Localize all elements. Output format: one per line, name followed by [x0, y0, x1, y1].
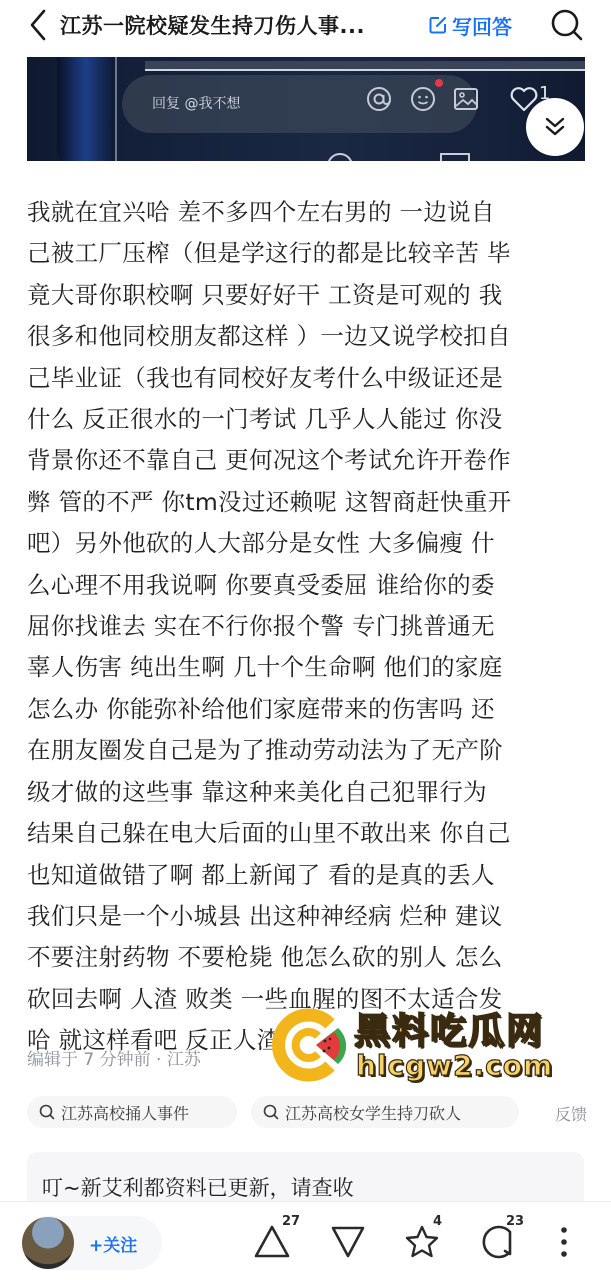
- search-button[interactable]: [549, 7, 585, 43]
- answer-line: 也知道做错了啊 都上新闻了 看的是真的丢人: [27, 855, 587, 896]
- answer-line: 很多和他同校朋友都这样 ）一边又说学校扣自: [27, 316, 587, 357]
- bottom-action-bar: +关注 27 4 23: [0, 1201, 611, 1280]
- feedback-link[interactable]: 反馈: [555, 1102, 587, 1125]
- answer-line: 背景你还不靠自己 更何况这个考试允许开卷作: [27, 440, 587, 481]
- emoji-icon: [409, 85, 437, 113]
- avatar[interactable]: [22, 1217, 74, 1269]
- more-vertical-icon: [556, 1222, 572, 1262]
- edit-meta: 编辑于 7 分钟前 · 江苏: [27, 1045, 201, 1070]
- answer-line: 么心理不用我说啊 你要真受委屈 谁给你的委: [27, 565, 587, 606]
- reply-placeholder-text: 回复 @我不想: [152, 93, 240, 113]
- upvote-count: 27: [282, 1214, 300, 1229]
- follow-label[interactable]: +关注: [89, 1231, 137, 1256]
- answer-line: 级才做的这些事 靠这种来美化自己犯罪行为: [27, 772, 587, 813]
- nav-home-decoration: [327, 153, 353, 161]
- downvote-triangle-icon: [328, 1222, 368, 1262]
- double-chevron-down-icon: [544, 115, 566, 139]
- write-answer-label: 写回答: [452, 11, 512, 40]
- chip-label: 江苏高校捅人事件: [61, 1101, 189, 1124]
- image-icon: [452, 85, 480, 113]
- related-searches: 江苏高校捅人事件 江苏高校女学生持刀砍人 反馈: [27, 1096, 587, 1128]
- answer-line: 己被工厂压榨（但是学这行的都是比较辛苦 毕: [27, 233, 587, 274]
- collapse-button[interactable]: [526, 98, 584, 156]
- search-icon: [263, 1104, 279, 1120]
- related-search-chip[interactable]: 江苏高校捅人事件: [27, 1096, 237, 1128]
- search-icon: [39, 1104, 55, 1120]
- answer-line: 吧）另外他砍的人大部分是女性 大多偏瘦 什: [27, 523, 587, 564]
- comment-button[interactable]: 23: [478, 1220, 528, 1264]
- favorite-button[interactable]: 4: [403, 1220, 447, 1264]
- answer-line: 辜人伤害 纯出生啊 几十个生命啊 他们的家庭: [27, 647, 587, 688]
- answer-line: 屈你找谁去 实在不行你报个警 专门挑普通无: [27, 606, 587, 647]
- search-icon: [549, 7, 585, 43]
- favorite-count: 4: [433, 1214, 442, 1229]
- nav-recent-decoration: [440, 153, 470, 161]
- answer-line: 我们只是一个小城县 出这种神经病 烂种 建议: [27, 896, 587, 937]
- answer-content: 我就在宜兴哈 差不多四个左右男的 一边说自 己被工厂压榨（但是学这行的都是比较辛…: [27, 192, 587, 1062]
- top-bar: 江苏一院校疑发生持刀伤人事... 写回答: [0, 0, 611, 50]
- answer-page: 江苏一院校疑发生持刀伤人事... 写回答 回复 @我不想: [0, 0, 611, 1280]
- answer-line: 弊 管的不严 你tm没过还赖呢 这智商赶快重开: [27, 482, 587, 523]
- answer-line: 怎么办 你能弥补给他们家庭带来的伤害吗 还: [27, 689, 587, 730]
- watermark-url: hlcgw2.com: [356, 1049, 553, 1082]
- answer-line: 竟大哥你职校啊 只要好好干 工资是可观的 我: [27, 275, 587, 316]
- answer-image[interactable]: 回复 @我不想 1: [27, 57, 585, 161]
- downvote-button[interactable]: [328, 1220, 372, 1264]
- watermelon-logo-icon: [268, 1006, 346, 1084]
- watermark-title: 黑料吃瓜网: [354, 1003, 544, 1054]
- write-answer-button[interactable]: 写回答: [428, 11, 512, 40]
- notice-text: 叮~新艾利都资料已更新，请查收: [42, 1172, 354, 1202]
- upvote-button[interactable]: 27: [252, 1220, 302, 1264]
- answer-line: 在朋友圈发自己是为了推动劳动法为了无产阶: [27, 730, 587, 771]
- phone-edge-decoration: [57, 57, 117, 161]
- edit-icon: [428, 15, 448, 35]
- at-icon: [365, 85, 393, 113]
- answer-line: 什么 反正很水的一门考试 几乎人人能过 你没: [27, 399, 587, 440]
- phone-screen-edge: [145, 61, 585, 71]
- chip-label: 江苏高校女学生持刀砍人: [285, 1101, 461, 1124]
- comment-count: 23: [506, 1214, 524, 1229]
- chevron-left-icon: [29, 9, 47, 41]
- question-title[interactable]: 江苏一院校疑发生持刀伤人事...: [60, 10, 410, 40]
- related-search-chip[interactable]: 江苏高校女学生持刀砍人: [251, 1096, 519, 1128]
- answer-line: 己毕业证（我也有同校好友考什么中级证还是: [27, 358, 587, 399]
- watermark: 黑料吃瓜网 hlcgw2.com: [268, 1003, 558, 1085]
- answer-line: 不要注射药物 不要枪毙 他怎么砍的别人 怎么: [27, 937, 587, 978]
- notification-dot: [435, 79, 443, 87]
- answer-line: 我就在宜兴哈 差不多四个左右男的 一边说自: [27, 192, 587, 233]
- back-button[interactable]: [14, 0, 62, 50]
- more-options-button[interactable]: [556, 1220, 572, 1264]
- answer-line: 结果自己躲在电大后面的山里不敢出来 你自己: [27, 813, 587, 854]
